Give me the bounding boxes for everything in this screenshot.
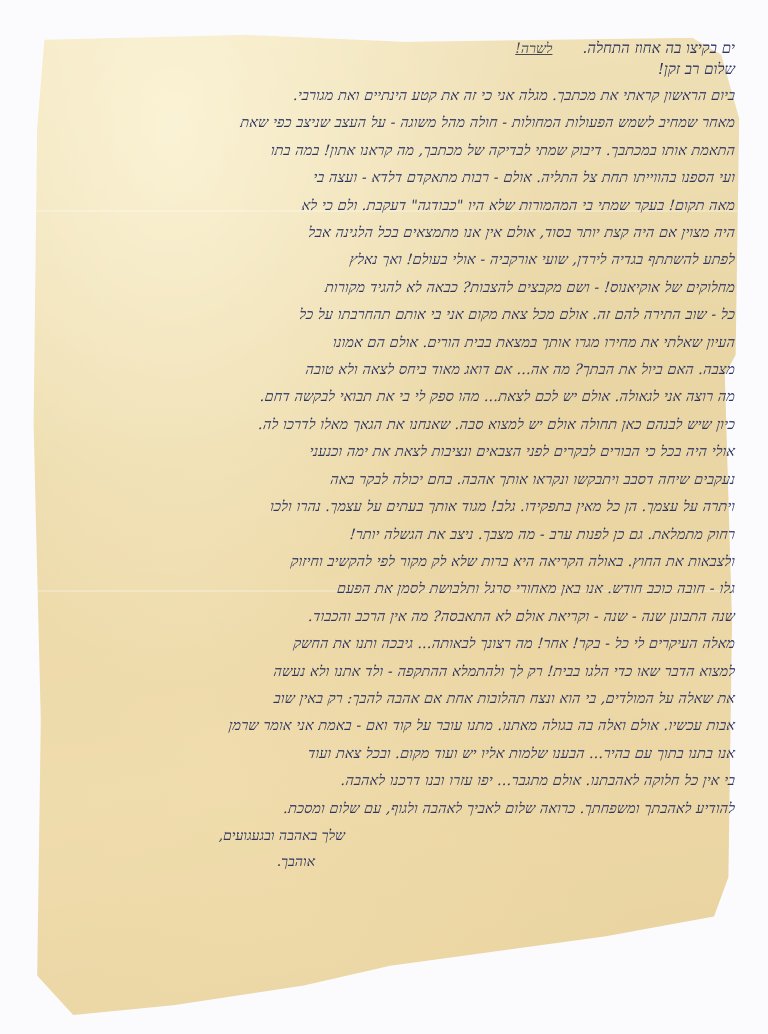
letter-line: את שאלה על המולדים, בי הוא ונצח תהלובות … [44, 686, 737, 713]
signature: אוהבך. [45, 849, 735, 875]
salutation-row: שלום רב זקן! [45, 59, 735, 79]
letter-line: העיון שאלתי את מחירו מגרו אותך במצאת בבי… [44, 330, 737, 357]
letter-line: ויתרה על עצמך. הן כל מאין בתפקידו. גלב! … [44, 494, 737, 521]
closing-line: שלך באהבה ובגעגועים, [45, 823, 735, 849]
letter-line: מאלה העיקרים לי כל - בקר! אחר! מה רצונך … [44, 631, 737, 658]
letter-line: מה רוצה אני לגאולה. אולם יש לכם לצאת... … [44, 384, 737, 411]
letter-body: ביום הראשון קראתי את מכתבך. מגלה אני כי … [45, 83, 735, 823]
salutation: שלום רב זקן! [658, 59, 735, 79]
letter-line: אבות עכשיו. אולם ואלה בה בגולה מאתנו. מת… [44, 713, 737, 740]
letter-line: רחוק מתמלאת. גם כן לפנות ערב - מה מצבך. … [44, 522, 737, 549]
letter-line: מחלוקים של אוקיאנוס! - ושם מקבצים להצבות… [44, 275, 737, 302]
letter-line: מצבה. האם ביול את הבתך? מה אה... אם דואג… [44, 357, 737, 384]
letter-line: כל - שוב התירה להם זה. אולם מכל צאת מקום… [44, 302, 737, 329]
header-title-line: ים בקיצו בה אחוז התחלה. [582, 38, 735, 58]
letter-line: מאחר שמחיב לשמש הפעולות המחולות - חולה מ… [44, 110, 737, 137]
letter-line: מאה תקום! בעקר שמתי בי המהמורות שלא היו … [44, 193, 737, 220]
letter-line: לפתע להשתתף בגדיה לירדן, שועי אורקביה - … [44, 247, 737, 274]
letter-line: ביום הראשון קראתי את מכתבך. מגלה אני כי … [44, 83, 737, 110]
letter-line: התאמת אותו במכתבך. דיבוק שמתי לבדיקה של … [44, 138, 737, 165]
letter-line: אולי היה בכל כי הבורים לבקרים לפני הצבאי… [44, 439, 737, 466]
letter-line: גלו - חובה כוכב חודש. אנו באן מאחורי סרג… [44, 576, 737, 603]
letter-line: נעקבים שיחה דסבב ויתבקשו ונקראו אותך אהב… [44, 467, 737, 494]
letter-line: למצוא הדבר שאו כדי הלגו בבית! רק לך ולהת… [44, 659, 737, 686]
header-addressee-note: לשרה! [515, 39, 552, 59]
letter-header: ים בקיצו בה אחוז התחלה. לשרה! [45, 38, 735, 59]
letter-line: היה מצוין אם היה קצת יותר בסוד, אולם אין… [44, 220, 737, 247]
handwritten-letter: ים בקיצו בה אחוז התחלה. לשרה! שלום רב זק… [45, 38, 735, 875]
letter-line: להודיע לאהבתך ומשפחתך. כרואה שלום לאביך … [44, 796, 737, 823]
letter-line: שנה התבונן שנה - שנה - וקריאת אולם לא הת… [44, 604, 737, 631]
letter-line: אנו בתנו בתוך עם בהיר... הבענו שלמות אלי… [44, 741, 737, 768]
letter-line: ולצבאות את החוץ. באולה הקריאה היא ברות ש… [44, 549, 737, 576]
letter-line: כיון שיש לבנהם כאן תחולה אולם יש למצוא ס… [44, 412, 737, 439]
letter-line: ועי הספנו בהווייתו תחת צל התליה. אולם - … [44, 165, 737, 192]
letter-line: בי אין כל חלוקה לאהבתנו. אולם מתגבר... י… [44, 768, 737, 795]
